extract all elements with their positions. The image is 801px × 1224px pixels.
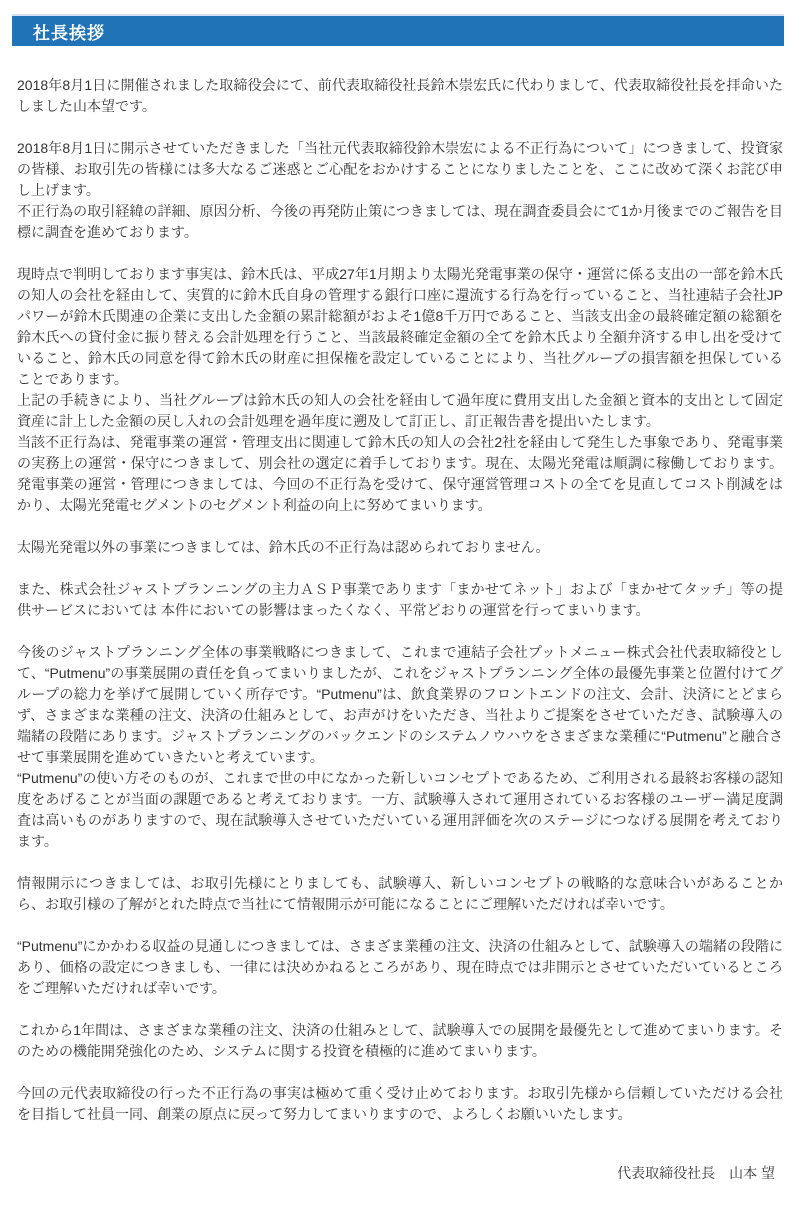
paragraph-line: 2018年8月1日に開示させていただきました「当社元代表取締役鈴木崇宏による不正… <box>17 140 783 198</box>
paragraph: “Putmenu”にかかわる収益の見通しにつきましては、さまざま業種の注文、決済… <box>17 936 783 999</box>
paragraph-line: 当該不正行為は、発電事業の運営・管理支出に関連して鈴木氏の知人の会社2社を経由し… <box>17 434 783 513</box>
paragraph-line: 今後のジャストプランニング全体の事業戦略につきまして、これまで連結子会社プットメ… <box>17 644 783 765</box>
paragraph: 情報開示につきましては、お取引先様にとりましても、試験導入、新しいコンセプトの戦… <box>17 873 783 915</box>
paragraph-line: 上記の手続きにより、当社グループは鈴木氏の知人の会社を経由して過年度に費用支出し… <box>17 392 783 429</box>
paragraph-line: 現時点で判明しております事実は、鈴木氏は、平成27年1月期より太陽光発電事業の保… <box>17 266 783 387</box>
paragraph-line: これから1年間は、さまざまな業種の注文、決済の仕組みとして、試験導入での展開を最… <box>17 1022 783 1059</box>
paragraph-line: “Putmenu”にかかわる収益の見通しにつきましては、さまざま業種の注文、決済… <box>17 938 783 996</box>
paragraph: 現時点で判明しております事実は、鈴木氏は、平成27年1月期より太陽光発電事業の保… <box>17 264 783 516</box>
signature: 代表取締役社長 山本 望 <box>17 1163 783 1184</box>
document-body: 2018年8月1日に開催されました取締役会にて、前代表取締役社長鈴木崇宏氏に代わ… <box>17 75 783 1184</box>
paragraph-line: また、株式会社ジャストプランニングの主力ＡＳＰ事業であります「まかせてネット」お… <box>17 581 783 618</box>
paragraph: 2018年8月1日に開催されました取締役会にて、前代表取締役社長鈴木崇宏氏に代わ… <box>17 75 783 117</box>
paragraph-line: 情報開示につきましては、お取引先様にとりましても、試験導入、新しいコンセプトの戦… <box>17 875 783 912</box>
paragraph: また、株式会社ジャストプランニングの主力ＡＳＰ事業であります「まかせてネット」お… <box>17 579 783 621</box>
paragraph-line: 不正行為の取引経緯の詳細、原因分析、今後の再発防止策につきましては、現在調査委員… <box>17 203 783 240</box>
section-header-bar: 社長挨拶 <box>12 14 784 46</box>
paragraph: 今後のジャストプランニング全体の事業戦略につきまして、これまで連結子会社プットメ… <box>17 642 783 852</box>
page-title: 社長挨拶 <box>12 19 105 44</box>
paragraph: これから1年間は、さまざまな業種の注文、決済の仕組みとして、試験導入での展開を最… <box>17 1020 783 1062</box>
president-greeting-page: 社長挨拶 2018年8月1日に開催されました取締役会にて、前代表取締役社長鈴木崇… <box>0 0 801 1184</box>
paragraph-line: 2018年8月1日に開催されました取締役会にて、前代表取締役社長鈴木崇宏氏に代わ… <box>17 77 783 114</box>
paragraph: 太陽光発電以外の事業につきましては、鈴木氏の不正行為は認められておりません。 <box>17 537 783 558</box>
paragraph-line: 太陽光発電以外の事業につきましては、鈴木氏の不正行為は認められておりません。 <box>17 539 550 555</box>
paragraph-line: “Putmenu”の使い方そのものが、これまで世の中になかった新しいコンセプトで… <box>17 770 783 849</box>
paragraph: 2018年8月1日に開示させていただきました「当社元代表取締役鈴木崇宏による不正… <box>17 138 783 243</box>
paragraph: 今回の元代表取締役の行った不正行為の事実は極めて重く受け止めております。お取引先… <box>17 1083 783 1125</box>
paragraph-line: 今回の元代表取締役の行った不正行為の事実は極めて重く受け止めております。お取引先… <box>17 1085 783 1122</box>
